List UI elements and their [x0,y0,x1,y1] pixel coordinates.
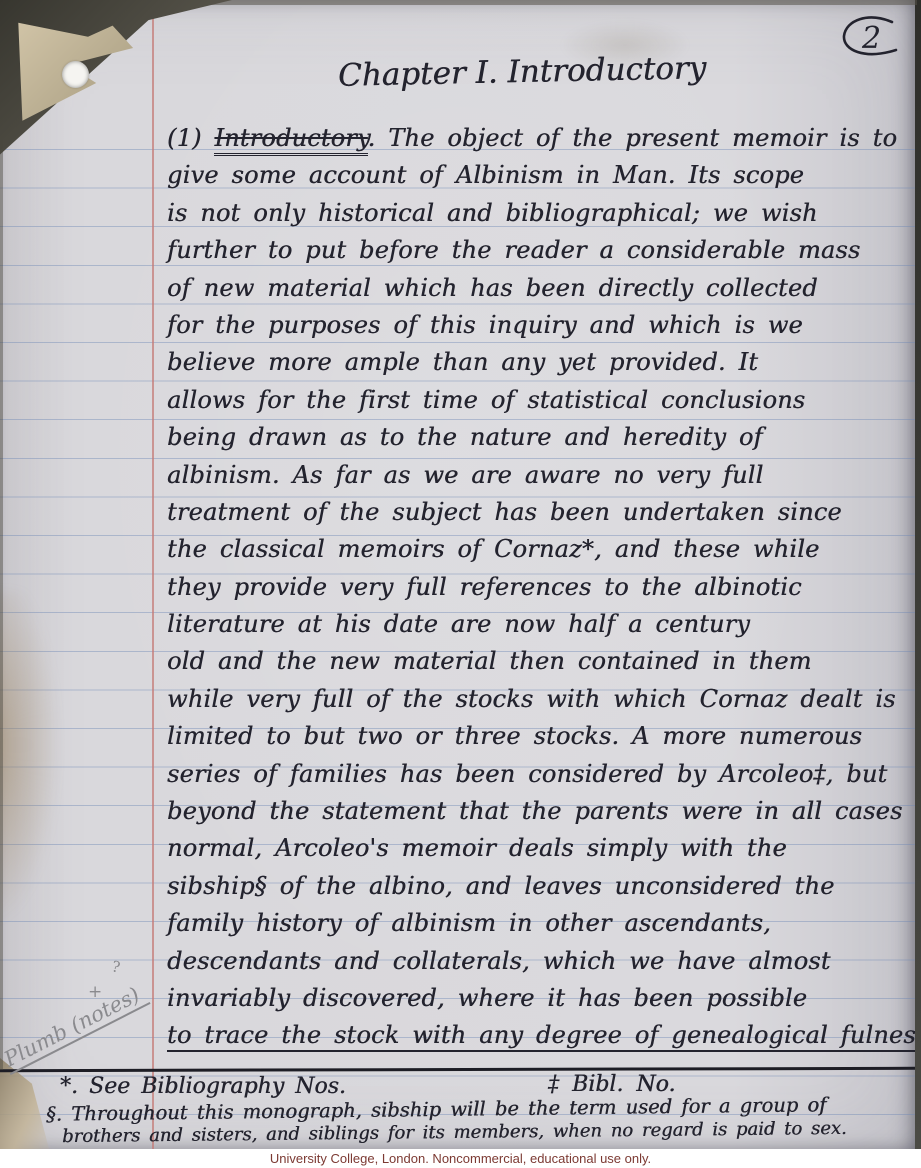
footnote-bibliography-text: See Bibliography Nos. [89,1074,346,1099]
manuscript-line: of new material which has been directly … [167,274,907,311]
scan-edge-right [915,0,921,1152]
manuscript-line: limited to but two or three stocks. A mo… [167,722,907,759]
manuscript-line: believe more ample than any yet provided… [167,348,907,385]
punch-hole [62,61,89,88]
manuscript-line: normal, Arcoleo's memoir deals simply wi… [167,834,907,871]
page-number-circled: 2 [836,12,910,68]
line1-rest: . The object of the present memoir is to [368,124,898,152]
manuscript-line: (1) Introductory. The object of the pres… [167,124,907,161]
chapter-title: Chapter I. Introductory [338,50,707,94]
manuscript-line-last: to trace the stock with any degree of ge… [167,1021,907,1058]
manuscript-line: sibship§ of the albino, and leaves uncon… [167,872,907,909]
section-footnote-marker: §. [46,1103,62,1126]
manuscript-line: is not only historical and bibliographic… [167,199,907,236]
paper-sheet: 2 Chapter I. Introductory (1) Introducto… [0,0,916,1150]
manuscript-line: beyond the statement that the parents we… [167,797,907,834]
scanned-manuscript-page: 2 Chapter I. Introductory (1) Introducto… [0,0,921,1168]
pencil-plus-mark: + [88,982,102,1002]
manuscript-line: family history of albinism in other asce… [167,909,907,946]
manuscript-line: albinism. As far as we are aware no very… [167,461,907,498]
red-margin-line [152,0,154,1150]
manuscript-line: literature at his date are now half a ce… [167,610,907,647]
manuscript-line: allows for the first time of statistical… [167,386,907,423]
manuscript-line: they provide very full references to the… [167,573,907,610]
footnote-bibl-no-text: Bibl. No. [572,1072,675,1097]
line1-prefix: (1) [167,124,214,152]
manuscript-line: while very full of the stocks with which… [167,685,907,722]
scan-edge-top [210,0,917,5]
manuscript-line: being drawn as to the nature and heredit… [167,423,907,460]
archive-attribution-footer: University College, London. Noncommercia… [0,1149,921,1168]
manuscript-line: series of families has been considered b… [167,760,907,797]
manuscript-line: old and the new material then contained … [167,647,907,684]
asterisk-footnote-marker: *. [60,1074,78,1099]
manuscript-line: descendants and collaterals, which we ha… [167,947,907,984]
manuscript-line: invariably discovered, where it has been… [167,984,907,1021]
manuscript-line: treatment of the subject has been undert… [167,498,907,535]
manuscript-line: give some account of Albinism in Man. It… [167,161,907,198]
scan-edge-left [0,140,3,1070]
manuscript-line: for the purposes of this inquiry and whi… [167,311,907,348]
manuscript-line: the classical memoirs of Cornaz*, and th… [167,535,907,572]
dagger-footnote-marker: ‡ [548,1072,559,1097]
page-number: 2 [861,21,881,56]
left-edge-stain [0,592,62,932]
footnote-bibl-no: ‡ Bibl. No. [548,1072,675,1097]
struck-word: Introductory [214,124,367,156]
underlined-closing-line: to trace the stock with any degree of ge… [167,1021,916,1052]
footnote-bibliography: *. See Bibliography Nos. [60,1074,346,1099]
manuscript-body: (1) Introductory. The object of the pres… [167,124,907,1059]
manuscript-line: further to put before the reader a consi… [167,236,907,273]
